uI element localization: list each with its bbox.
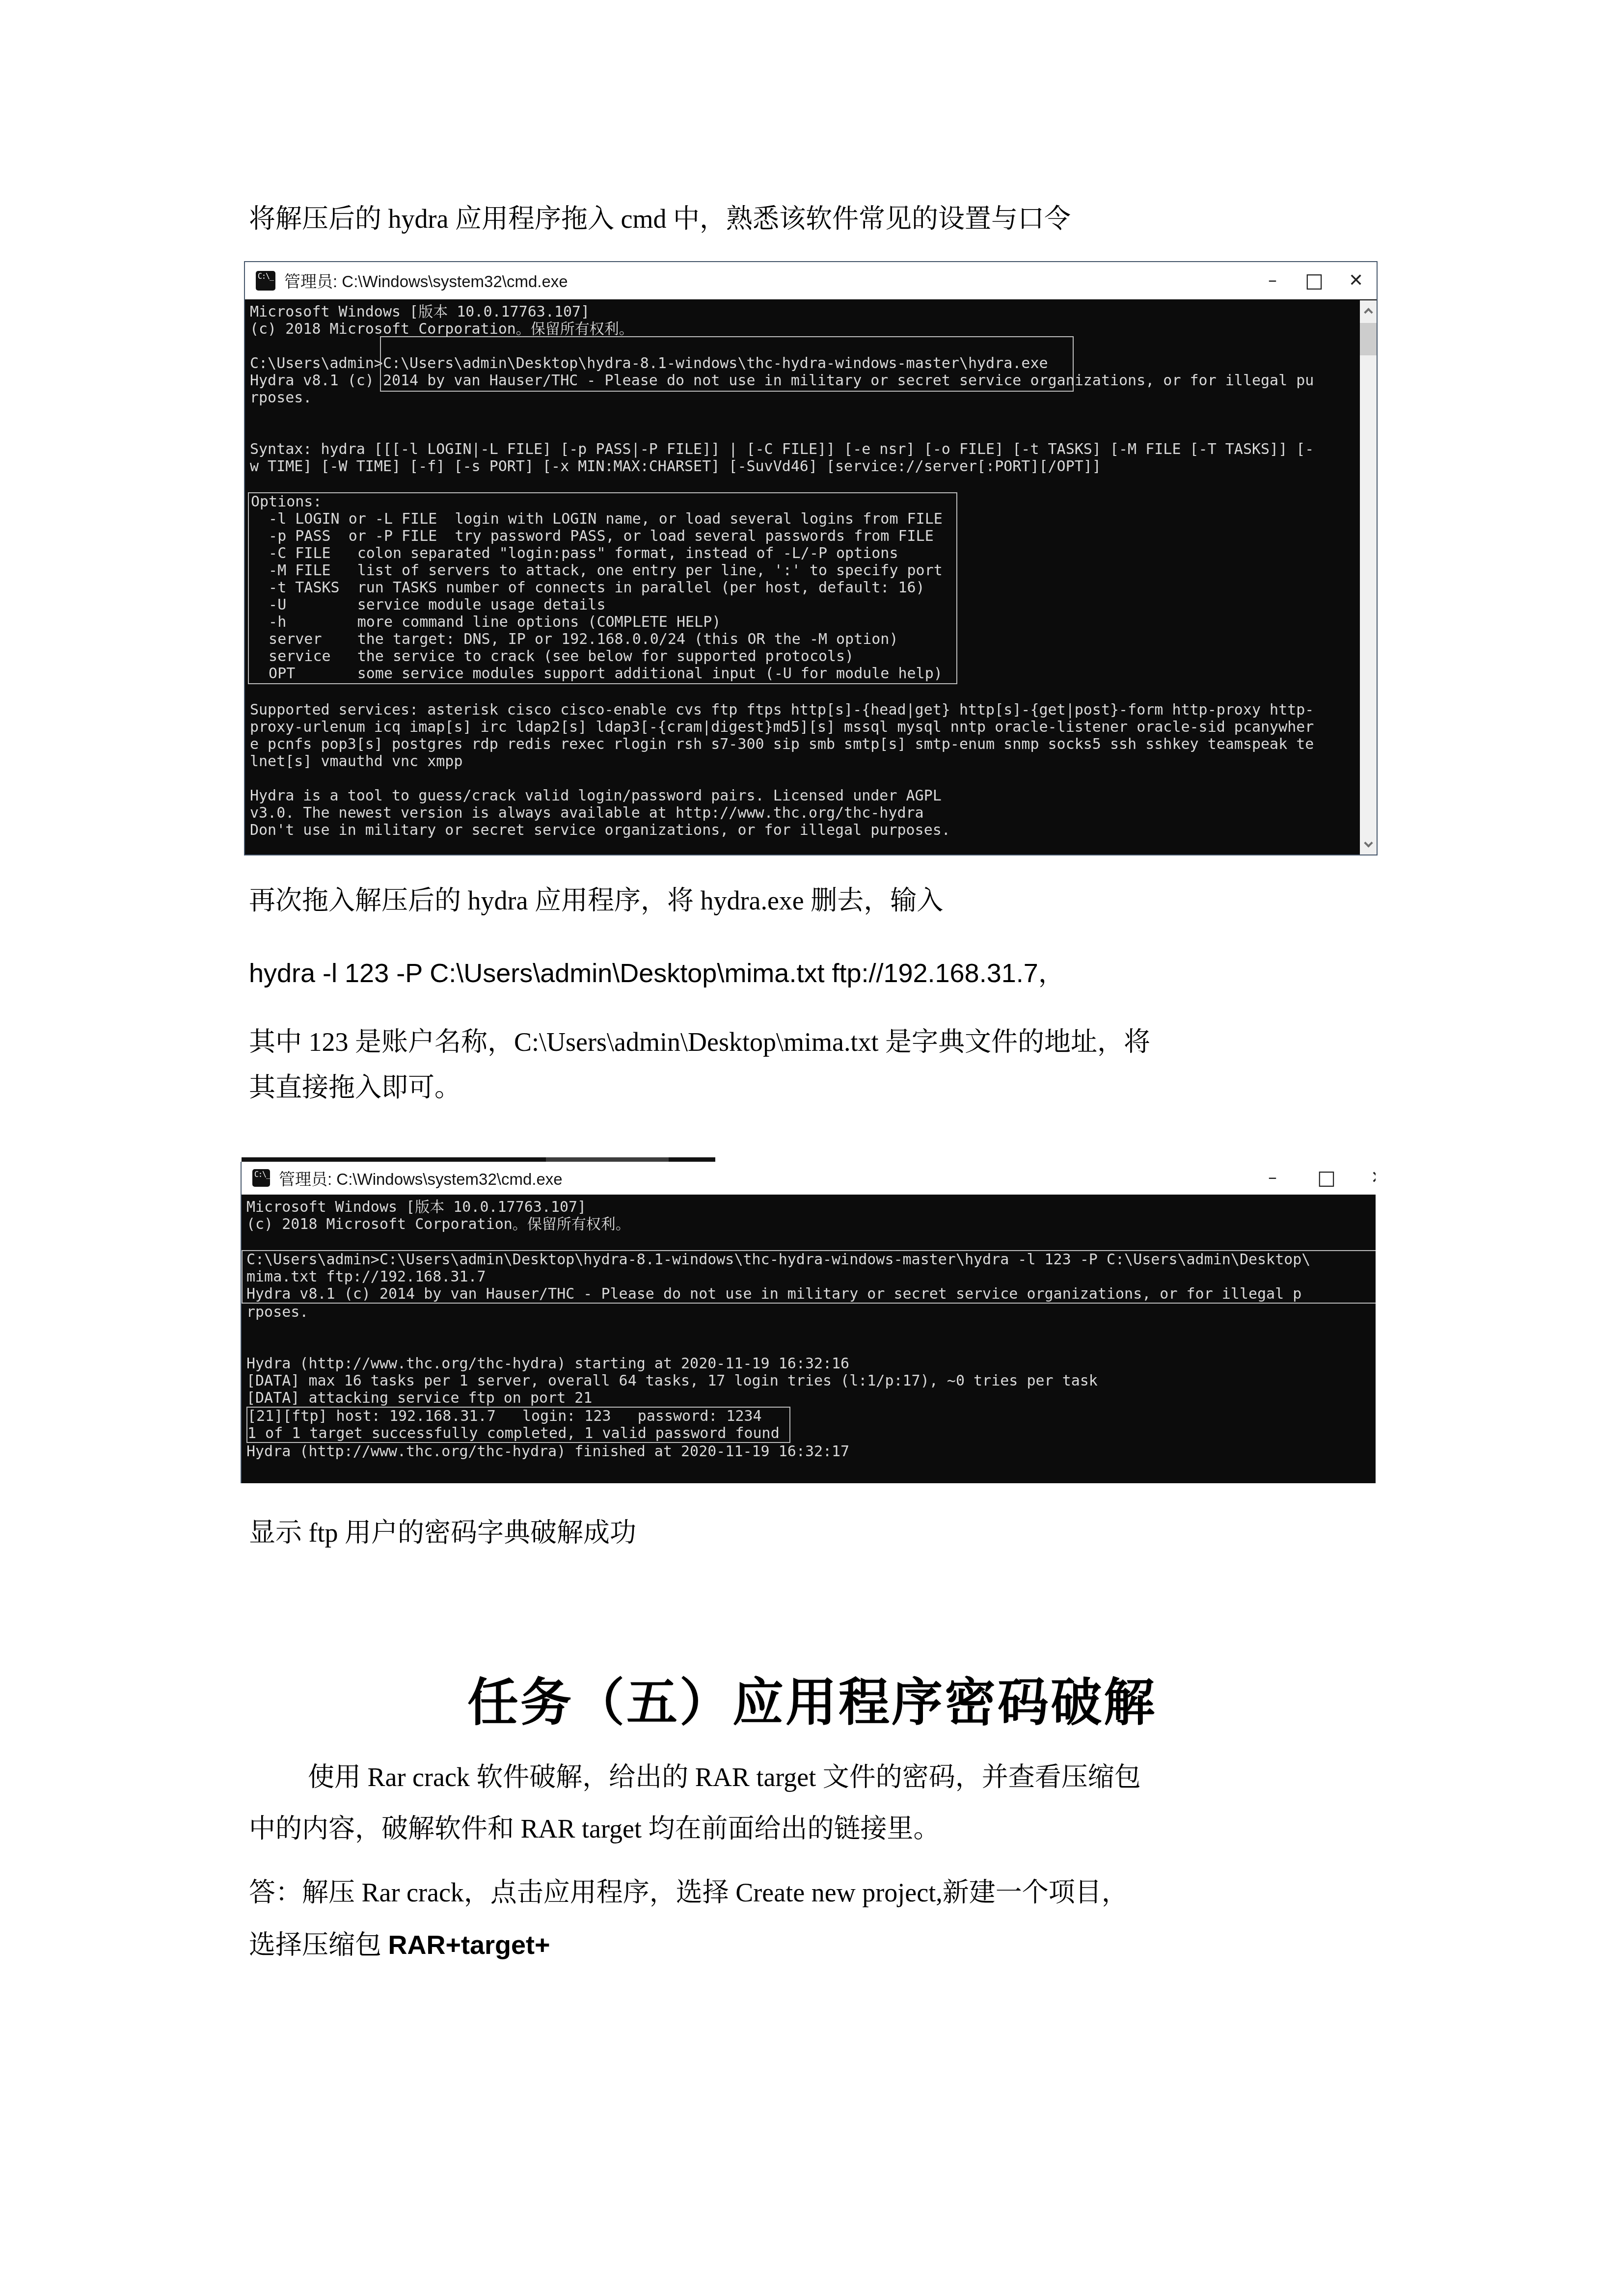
terminal-line	[246, 1233, 1376, 1250]
terminal-line: server the target: DNS, IP or 192.168.0.…	[251, 631, 943, 648]
terminal-line: -U service module usage details	[251, 596, 943, 614]
terminal-line: Supported services: asterisk cisco cisco…	[250, 701, 1377, 719]
terminal-line	[250, 475, 1377, 492]
terminal-line: Hydra (http://www.thc.org/thc-hydra) sta…	[246, 1355, 1376, 1372]
terminal-line: Don't use in military or secret service …	[250, 822, 1377, 839]
paragraph-drag-again: 再次拖入解压后的 hydra 应用程序，将 hydra.exe 删去，输入	[249, 884, 943, 918]
terminal-line: -l LOGIN or -L FILE login with LOGIN nam…	[251, 510, 943, 528]
cmd-icon: C:\_	[256, 271, 275, 291]
terminal-line: rposes.	[250, 389, 1377, 406]
paragraph-answer-line1: 答：解压 Rar crack，点击应用程序，选择 Create new proj…	[249, 1876, 1128, 1910]
minimize-button[interactable]: –	[1258, 266, 1287, 295]
minimize-button[interactable]: –	[1258, 1163, 1287, 1193]
terminal-line: -t TASKS run TASKS number of connects in…	[251, 579, 943, 596]
terminal-line: mima.txt ftp://192.168.31.7	[246, 1268, 1376, 1285]
terminal-line: Hydra v8.1 (c) 2014 by van Hauser/THC - …	[246, 1285, 1376, 1303]
paragraph-answer-line2: 选择压缩包 RAR+target+	[249, 1929, 550, 1962]
paragraph-explain-line1: 其中 123 是账户名称，C:\Users\admin\Desktop\mima…	[249, 1026, 1150, 1059]
close-button[interactable]: ✕	[1363, 1163, 1376, 1193]
scrollbar-thumb[interactable]	[1360, 323, 1377, 355]
window2-title: 管理员: C:\Windows\system32\cmd.exe	[279, 1167, 563, 1190]
terminal-line: Microsoft Windows [版本 10.0.17763.107]	[250, 303, 1377, 320]
highlight-box-result: [21][ftp] host: 192.168.31.7 login: 123 …	[246, 1407, 790, 1443]
terminal-line: OPT some service modules support additio…	[251, 665, 943, 682]
scrollbar[interactable]	[1360, 300, 1377, 854]
scroll-down-button[interactable]	[1360, 834, 1377, 854]
terminal-line: -C FILE colon separated "login:pass" for…	[251, 545, 943, 562]
close-button[interactable]: ✕	[1341, 266, 1371, 295]
paragraph-rarcrack-line1: 使用 Rar crack 软件破解，给出的 RAR target 文件的密码，并…	[308, 1761, 1141, 1794]
terminal-line: proxy-urlenum icq imap[s] irc ldap2[s] l…	[250, 719, 1377, 736]
cmd-window-hydra-help: C:\_ 管理员: C:\Windows\system32\cmd.exe – …	[244, 261, 1378, 855]
chevron-up-icon	[1364, 308, 1373, 317]
terminal-line: [21][ftp] host: 192.168.31.7 login: 123 …	[247, 1408, 780, 1425]
terminal-line: Microsoft Windows [版本 10.0.17763.107]	[246, 1199, 1376, 1216]
terminal-line	[246, 1321, 1376, 1338]
terminal-line: -h more command line options (COMPLETE H…	[251, 614, 943, 631]
terminal-line: [DATA] max 16 tasks per 1 server, overal…	[246, 1372, 1376, 1389]
terminal-output-hydra-help: Microsoft Windows [版本 10.0.17763.107](c)…	[245, 299, 1377, 854]
terminal-line: v3.0. The newest version is always avail…	[250, 804, 1377, 822]
window1-title: 管理员: C:\Windows\system32\cmd.exe	[284, 269, 568, 292]
terminal-line: (c) 2018 Microsoft Corporation。保留所有权利。	[250, 320, 1377, 338]
terminal-line: C:\Users\admin>C:\Users\admin\Desktop\hy…	[250, 355, 1377, 372]
cmd-icon: C:\_	[252, 1169, 270, 1187]
terminal-line: Syntax: hydra [[[-l LOGIN|-L FILE] [-p P…	[250, 441, 1377, 458]
terminal-output-hydra-attack: Microsoft Windows [版本 10.0.17763.107](c)…	[242, 1195, 1376, 1483]
terminal-line: Options:	[251, 493, 943, 510]
window2-titlebar[interactable]: C:\_ 管理员: C:\Windows\system32\cmd.exe – …	[242, 1162, 1376, 1195]
highlight-box-cmd: C:\Users\admin>C:\Users\admin\Desktop\hy…	[242, 1250, 1376, 1304]
paragraph-explain-line2: 其直接拖入即可。	[249, 1071, 461, 1105]
terminal-line: service the service to crack (see below …	[251, 648, 943, 665]
document-page: 将解压后的 hydra 应用程序拖入 cmd 中，熟悉该软件常见的设置与口令 C…	[0, 0, 1624, 2296]
highlight-box-options: Options: -l LOGIN or -L FILE login with …	[248, 492, 957, 684]
answer-line2-prefix: 选择压缩包	[249, 1930, 388, 1960]
scroll-up-button[interactable]	[1360, 300, 1377, 321]
dragged-path-highlight: C:\Users\admin\Desktop\hydra-8.1-windows…	[383, 355, 1048, 372]
maximize-button[interactable]: □	[1299, 266, 1329, 295]
paragraph-hydra-command: hydra -l 123 -P C:\Users\admin\Desktop\m…	[249, 957, 1065, 990]
terminal-line	[250, 338, 1377, 355]
terminal-line: 1 of 1 target successfully completed, 1 …	[247, 1425, 780, 1442]
terminal-line: -p PASS or -P FILE try password PASS, or…	[251, 528, 943, 545]
cmd-window-hydra-attack: C:\_ 管理员: C:\Windows\system32\cmd.exe – …	[241, 1162, 1376, 1483]
paragraph-intro-hydra-cmd: 将解压后的 hydra 应用程序拖入 cmd 中，熟悉该软件常见的设置与口令	[249, 203, 1071, 236]
terminal-line: Hydra (http://www.thc.org/thc-hydra) fin…	[246, 1443, 1376, 1460]
terminal-line	[250, 424, 1377, 441]
terminal-line: lnet[s] vmauthd vnc xmpp	[250, 753, 1377, 770]
terminal-line	[250, 684, 1377, 701]
terminal-line: (c) 2018 Microsoft Corporation。保留所有权利。	[246, 1216, 1376, 1233]
maximize-button[interactable]: □	[1312, 1163, 1341, 1193]
terminal-line	[250, 770, 1377, 787]
terminal-line: -M FILE list of servers to attack, one e…	[251, 562, 943, 579]
terminal-line: e pcnfs pop3[s] postgres rdp redis rexec…	[250, 736, 1377, 753]
terminal-line: [DATA] attacking service ftp on port 21	[246, 1389, 1376, 1407]
task-heading: 任务（五）应用程序密码破解	[0, 1661, 1624, 1735]
terminal-line: w TIME] [-W TIME] [-f] [-s PORT] [-x MIN…	[250, 458, 1377, 475]
terminal-line: rposes.	[246, 1304, 1376, 1321]
terminal-line	[246, 1338, 1376, 1355]
terminal-line: Hydra v8.1 (c) 2014 by van Hauser/THC - …	[250, 372, 1377, 389]
terminal-line	[250, 406, 1377, 424]
window1-titlebar[interactable]: C:\_ 管理员: C:\Windows\system32\cmd.exe – …	[245, 262, 1377, 299]
terminal-line: Hydra is a tool to guess/crack valid log…	[250, 787, 1377, 804]
paragraph-ftp-success: 显示 ftp 用户的密码字典破解成功	[249, 1517, 636, 1550]
answer-line2-bold: RAR+target+	[388, 1930, 550, 1960]
chevron-down-icon	[1364, 838, 1373, 847]
terminal-line: C:\Users\admin>C:\Users\admin\Desktop\hy…	[246, 1251, 1376, 1268]
paragraph-rarcrack-line2: 中的内容，破解软件和 RAR target 均在前面给出的链接里。	[249, 1813, 940, 1846]
